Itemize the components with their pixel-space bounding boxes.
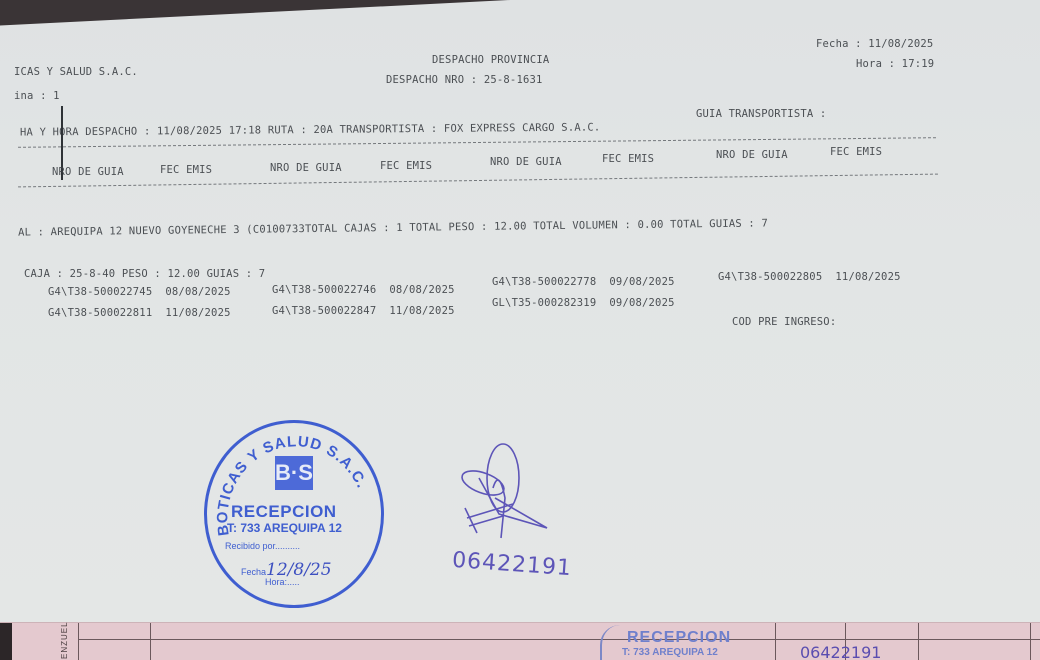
underlying-sheet: ENZUEL RECEPCION T: 733 AREQUIPA 12 0642… — [0, 622, 1040, 660]
print-date-value: 11/08/2025 — [868, 38, 933, 50]
column-header: NRO DE GUIA — [52, 166, 124, 178]
bs-logo: B·S — [275, 456, 313, 490]
company-name: ICAS Y SALUD S.A.C. — [14, 66, 138, 78]
stamp-time: Hora:..... — [265, 577, 300, 587]
guia-number: G4\T38-500022805 — [718, 271, 822, 283]
print-date: Fecha : 11/08/2025 — [816, 38, 933, 50]
column-header: FEC EMIS — [160, 164, 212, 176]
guia-date: 09/08/2025 — [609, 276, 674, 288]
guia-item: G4\T38-500022745 08/08/2025 — [48, 286, 231, 298]
column-header: FEC EMIS — [830, 146, 882, 158]
guia-item: G4\T38-500022778 09/08/2025 — [492, 276, 675, 288]
page-label: ina : 1 — [14, 90, 60, 102]
guia-number: GL\T35-000282319 — [492, 297, 596, 309]
guia-date: 11/08/2025 — [835, 271, 900, 283]
document-title: DESPACHO PROVINCIA — [432, 54, 549, 66]
page-number: 1 — [53, 90, 60, 102]
caja-line: CAJA : 25-8-40 PESO : 12.00 GUIAS : 7 — [24, 268, 265, 280]
grid-line — [775, 623, 776, 660]
underlying-stamp-phone: T: 733 AREQUIPA 12 — [622, 647, 718, 658]
sheet-side-text: ENZUEL — [60, 621, 69, 659]
dispatch-number-value: 25-8-1631 — [484, 74, 543, 86]
guia-item: G4\T38-500022746 08/08/2025 — [272, 284, 455, 296]
guia-number: G4\T38-500022746 — [272, 284, 376, 296]
guia-date: 11/08/2025 — [389, 305, 454, 317]
guia-date: 08/08/2025 — [165, 286, 230, 298]
guia-item: G4\T38-500022805 11/08/2025 — [718, 271, 901, 283]
dispatch-number: DESPACHO NRO : 25-8-1631 — [386, 74, 543, 86]
stamp-date-label: Fecha — [241, 567, 266, 577]
grid-line — [918, 623, 919, 660]
grid-line — [150, 623, 151, 660]
print-date-label: Fecha : — [816, 38, 862, 50]
guia-date: 11/08/2025 — [165, 307, 230, 319]
guia-transportista-label: GUIA TRANSPORTISTA : — [696, 108, 826, 120]
guia-item: G4\T38-500022847 11/08/2025 — [272, 305, 455, 317]
guia-date: 09/08/2025 — [609, 297, 674, 309]
column-header: FEC EMIS — [602, 153, 654, 165]
guia-number: G4\T38-500022745 — [48, 286, 152, 298]
column-header: NRO DE GUIA — [490, 156, 562, 168]
grid-line — [1030, 623, 1031, 660]
column-header: NRO DE GUIA — [270, 162, 342, 174]
guia-number: G4\T38-500022811 — [48, 307, 152, 319]
print-time-value: 17:19 — [902, 58, 935, 70]
page-label-text: ina : — [14, 90, 47, 102]
reception-stamp: BOTICAS Y SALUD S.A.C. B·S RECEPCION T: … — [204, 420, 384, 608]
guia-number: G4\T38-500022778 — [492, 276, 596, 288]
guia-item: G4\T38-500022811 11/08/2025 — [48, 307, 231, 319]
stamp-phone: T: 733 AREQUIPA 12 — [227, 521, 342, 535]
guia-item: GL\T35-000282319 09/08/2025 — [492, 297, 675, 309]
dispatch-number-label: DESPACHO NRO : — [386, 74, 477, 86]
guia-date: 08/08/2025 — [389, 284, 454, 296]
underlying-stamp: RECEPCION T: 733 AREQUIPA 12 — [600, 625, 752, 660]
guia-number: G4\T38-500022847 — [272, 305, 376, 317]
grid-line — [78, 623, 79, 660]
stamp-received-by: Recibido por.......... — [225, 541, 300, 551]
signature-icon — [455, 438, 565, 548]
underlying-handwriting: 06422191 — [800, 643, 881, 660]
stamp-title: RECEPCION — [231, 502, 337, 522]
print-time-label: Hora : — [856, 58, 895, 70]
sheet-edge — [0, 623, 12, 660]
print-time: Hora : 17:19 — [856, 58, 934, 70]
cod-pre-ingreso-label: COD PRE INGRESO: — [732, 316, 836, 328]
column-header: FEC EMIS — [380, 160, 432, 172]
column-header: NRO DE GUIA — [716, 149, 788, 161]
underlying-stamp-title: RECEPCION — [627, 629, 731, 647]
grid-line — [78, 639, 1040, 640]
